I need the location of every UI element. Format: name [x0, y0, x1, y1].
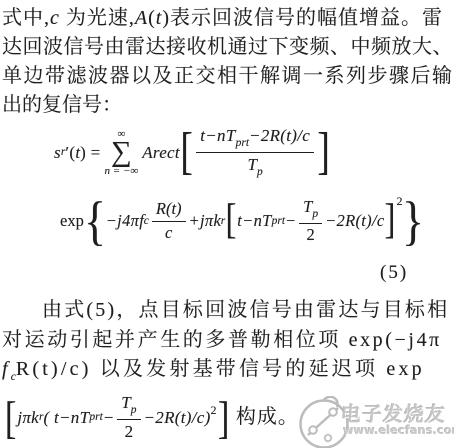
left-bracket: [: [180, 129, 192, 176]
paragraph-1: 式中,c 为光速,A(t)表示回波信号的幅值增益。雷 达回波信号由雷达接收机通过…: [2, 4, 454, 120]
equation-5-line-2: exp { −j4πfc R(t) c +jπkr [ t−nTprt− Tp …: [60, 197, 424, 246]
fraction-denominator: 2: [307, 224, 315, 245]
math-sub-prt: prt: [89, 412, 102, 424]
math-token: ′(: [65, 144, 75, 161]
fraction: Tp 2: [117, 393, 140, 442]
paragraph-1-line-1: 式中,c 为光速,A(t)表示回波信号的幅值增益。雷: [2, 4, 454, 33]
fraction: Tp 2: [299, 198, 322, 245]
math-exp: exp: [60, 213, 84, 230]
right-brace: }: [402, 197, 424, 246]
fraction-numerator: Tp: [117, 393, 140, 420]
left-bracket: [: [5, 397, 16, 438]
math-var-c: c: [50, 7, 60, 29]
paper-page: 式中,c 为光速,A(t)表示回波信号的幅值增益。雷 达回波信号由雷达接收机通过…: [0, 0, 454, 448]
paragraph-2-line-2: 对运动引起并产生的多普勒相位项 exp(−j4π: [2, 326, 454, 356]
math-superscript-2: 2: [211, 404, 217, 416]
math-token: ) =: [80, 144, 100, 161]
text-run: R(t)/c) 以及发射基带信号的延迟项 exp: [16, 358, 425, 380]
fraction-numerator: Tp: [299, 198, 322, 224]
text-run: 构成。: [236, 407, 299, 427]
math-token: −2R(t)/c): [144, 409, 211, 426]
sum-lower-limit: n = −∞: [105, 165, 139, 177]
watermark-brand-text: 电子发烧友: [340, 398, 447, 427]
fraction-denominator: 2: [125, 420, 134, 442]
equation-number: (5): [380, 262, 408, 284]
text-run: 式中,: [2, 7, 50, 29]
math-token: ( t−nT: [44, 409, 90, 426]
math-sub-prt: prt: [272, 216, 285, 228]
math-token: jπk: [17, 409, 39, 426]
left-bracket: [: [226, 202, 237, 240]
summation-symbol: ∞ ∑ n = −∞: [105, 128, 139, 177]
math-sub-p: p: [312, 208, 318, 220]
paragraph-1-line-3: 单边带滤波器以及正交相干解调一系列步骤后输: [2, 62, 454, 91]
math-sub-p: p: [257, 166, 263, 178]
math-token: t−nT: [237, 213, 271, 230]
paragraph-2-line-3: fcR(t)/c) 以及发射基带信号的延迟项 exp: [2, 355, 454, 393]
fraction-denominator: c: [165, 222, 172, 243]
fraction-numerator: R(t): [152, 200, 186, 222]
fraction: t−nTprt−2R(t)/c Tp: [196, 126, 314, 179]
watermark-url-text: www.elecfans.com: [343, 423, 454, 437]
math-token: +jπ: [189, 213, 214, 230]
math-sub-p: p: [131, 404, 137, 416]
math-var-k: k: [213, 213, 220, 230]
math-var-T: T: [121, 393, 130, 412]
text-run: (: [148, 7, 156, 29]
right-bracket: ]: [385, 202, 396, 240]
math-lhs-s: s: [54, 144, 61, 161]
fraction: R(t) c: [152, 200, 186, 243]
elecfans-logo-icon: [297, 396, 353, 448]
text-run: )表示回波信号的幅值增益。雷: [162, 7, 443, 29]
math-var-A: A: [135, 7, 148, 29]
paragraph-1-line-4: 出的复信号：: [2, 91, 454, 120]
math-sub-prt: prt: [236, 137, 249, 149]
math-token: −j4π: [106, 213, 139, 230]
math-rect: rect: [153, 144, 180, 161]
right-bracket: ]: [318, 129, 330, 176]
math-token: −2R(t)/c: [325, 213, 384, 230]
math-token: −2R(t)/c: [249, 126, 310, 145]
math-minus: −: [285, 213, 296, 230]
paragraph-2: 由式(5)，点目标回波信号由雷达与目标相 对运动引起并产生的多普勒相位项 exp…: [2, 296, 454, 393]
delay-term-formula: [ jπkr ( t−nTprt− Tp 2 −2R(t)/c)2 ] 构成。: [4, 393, 299, 442]
right-bracket: ]: [217, 397, 228, 438]
text-run: 为光速,: [60, 7, 135, 29]
left-brace: {: [84, 197, 106, 246]
math-sub-c: c: [144, 216, 149, 228]
math-minus: −: [103, 409, 114, 426]
math-token: t−nT: [200, 126, 235, 145]
math-var-f: f: [2, 358, 11, 380]
math-var-A: A: [142, 144, 153, 161]
paragraph-2-line-1: 由式(5)，点目标回波信号由雷达与目标相: [2, 296, 454, 326]
fraction-denominator: Tp: [248, 153, 263, 179]
math-var-T: T: [248, 155, 257, 174]
fraction-numerator: t−nTprt−2R(t)/c: [196, 126, 314, 153]
equation-5-line-1: sr′(t) = ∞ ∑ n = −∞ Arect [ t−nTprt−2R(t…: [54, 126, 330, 179]
paragraph-1-line-2: 达回波信号由雷达接收机通过下变频、中频放大、: [2, 33, 454, 62]
sigma-icon: ∑: [111, 140, 132, 165]
math-var-T: T: [303, 197, 312, 216]
